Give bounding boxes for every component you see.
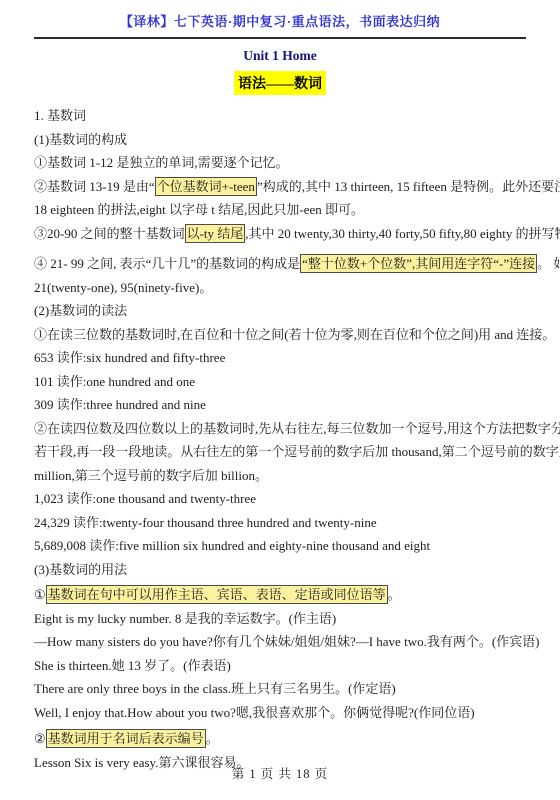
unit-title: Unit 1 Home <box>0 48 560 64</box>
document-line: 5,689,008 读作:five million six hundred an… <box>34 534 526 558</box>
document-line: ①基数词 1-12 是独立的单词,需要逐个记忆。 <box>34 151 526 175</box>
document-body: 1. 基数词(1)基数词的构成①基数词 1-12 是独立的单词,需要逐个记忆。②… <box>0 104 560 774</box>
text-run: —How many sisters do you have?你有几个妹妹/姐姐/… <box>34 634 540 649</box>
text-run: 。 <box>206 731 219 746</box>
document-line: (3)基数词的用法 <box>34 558 526 582</box>
page-number-footer: 第 1 页 共 18 页 <box>0 764 560 782</box>
document-line: Well, I enjoy that.How about you two?嗯,我… <box>34 701 526 725</box>
text-run: 1,023 读作:one thousand and twenty-three <box>34 491 256 506</box>
text-run: ②在读四位数及四位数以上的基数词时,先从右往左,每三位数加一个逗号,用这个方法把… <box>34 421 560 436</box>
highlighted-phrase: 以-ty 结尾 <box>185 224 246 243</box>
document-banner-title: 【译林】七下英语·期中复习·重点语法，书面表达归纳 <box>0 11 560 30</box>
header-divider <box>34 37 526 39</box>
document-line: 18 eighteen 的拼法,eight 以字母 t 结尾,因此只加-een … <box>34 198 526 222</box>
text-run: million,第三个逗号前的数字后加 billion。 <box>34 468 268 483</box>
text-run: There are only three boys in the class.班… <box>34 681 396 696</box>
document-line: There are only three boys in the class.班… <box>34 677 526 701</box>
document-line: She is thirteen.她 13 岁了。(作表语) <box>34 654 526 678</box>
text-run: (2)基数词的读法 <box>34 303 127 318</box>
text-run: ”构成的,其中 13 thirteen, 15 fifteen 是特例。此外还要… <box>257 179 560 194</box>
topic-row: 语法——数词 <box>0 71 560 95</box>
text-run: Well, I enjoy that.How about you two?嗯,我… <box>34 705 475 720</box>
document-line: ②基数词 13-19 是由“个位基数词+-teen”构成的,其中 13 thir… <box>34 175 526 199</box>
text-run: 1. 基数词 <box>34 108 86 123</box>
document-line: 24,329 读作:twenty-four thousand three hun… <box>34 511 526 535</box>
text-run: 21(twenty-one), 95(ninety-five)。 <box>34 280 212 295</box>
text-run: ② <box>34 731 46 746</box>
text-run: ④ 21- 99 之间, 表示“几十几”的基数词的构成是 <box>34 256 300 271</box>
text-run: 653 读作:six hundred and fifty-three <box>34 350 225 365</box>
text-run: ,其中 20 twenty,30 thirty,40 forty,50 fift… <box>245 226 560 241</box>
document-line: 若干段,再一段一段地读。从右往左的第一个逗号前的数字后加 thousand,第二… <box>34 440 526 464</box>
text-run: ①在读三位数的基数词时,在百位和十位之间(若十位为零,则在百位和个位之间)用 a… <box>34 327 555 342</box>
text-run: Eight is my lucky number. 8 是我的幸运数字。(作主语… <box>34 611 336 626</box>
document-line: 21(twenty-one), 95(ninety-five)。 <box>34 276 526 300</box>
text-run: ③20-90 之间的整十基数词 <box>34 226 185 241</box>
text-run: 。 <box>388 587 401 602</box>
text-run: 5,689,008 读作:five million six hundred an… <box>34 538 430 553</box>
text-run: 18 eighteen 的拼法,eight 以字母 t 结尾,因此只加-een … <box>34 202 364 217</box>
document-line: million,第三个逗号前的数字后加 billion。 <box>34 464 526 488</box>
text-run: 101 读作:one hundred and one <box>34 374 195 389</box>
text-run: (3)基数词的用法 <box>34 562 127 577</box>
text-run: 若干段,再一段一段地读。从右往左的第一个逗号前的数字后加 thousand,第二… <box>34 444 560 459</box>
document-line: ④ 21- 99 之间, 表示“几十几”的基数词的构成是“整十位数+个位数”,其… <box>34 252 526 276</box>
grammar-topic-highlight: 语法——数词 <box>234 71 326 95</box>
document-line: ①基数词在句中可以用作主语、宾语、表语、定语或同位语等。 <box>34 583 526 607</box>
document-line: ②基数词用于名词后表示编号。 <box>34 727 526 751</box>
highlighted-phrase: 基数词用于名词后表示编号 <box>46 729 206 748</box>
text-run: ②基数词 13-19 是由“ <box>34 179 155 194</box>
document-line: —How many sisters do you have?你有几个妹妹/姐姐/… <box>34 630 526 654</box>
document-line: ②在读四位数及四位数以上的基数词时,先从右往左,每三位数加一个逗号,用这个方法把… <box>34 417 526 441</box>
text-run: ① <box>34 587 46 602</box>
highlighted-phrase: 基数词在句中可以用作主语、宾语、表语、定语或同位语等 <box>46 585 388 604</box>
document-line: (1)基数词的构成 <box>34 128 526 152</box>
text-run: 24,329 读作:twenty-four thousand three hun… <box>34 515 377 530</box>
text-run: ①基数词 1-12 是独立的单词,需要逐个记忆。 <box>34 155 289 170</box>
document-line: (2)基数词的读法 <box>34 299 526 323</box>
document-line: ①在读三位数的基数词时,在百位和十位之间(若十位为零,则在百位和个位之间)用 a… <box>34 323 526 347</box>
text-run: (1)基数词的构成 <box>34 132 127 147</box>
highlighted-phrase: 个位基数词+-teen <box>155 177 257 196</box>
document-line: 101 读作:one hundred and one <box>34 370 526 394</box>
document-line: 653 读作:six hundred and fifty-three <box>34 346 526 370</box>
document-line: 1,023 读作:one thousand and twenty-three <box>34 487 526 511</box>
document-line: 309 读作:three hundred and nine <box>34 393 526 417</box>
document-line: Eight is my lucky number. 8 是我的幸运数字。(作主语… <box>34 607 526 631</box>
document-line: ③20-90 之间的整十基数词以-ty 结尾,其中 20 twenty,30 t… <box>34 222 526 246</box>
document-line: 1. 基数词 <box>34 104 526 128</box>
text-run: 309 读作:three hundred and nine <box>34 397 206 412</box>
text-run: She is thirteen.她 13 岁了。(作表语) <box>34 658 231 673</box>
text-run: 。 如: <box>537 256 560 271</box>
document-page: 【译林】七下英语·期中复习·重点语法，书面表达归纳 Unit 1 Home 语法… <box>0 11 560 774</box>
highlighted-phrase: “整十位数+个位数”,其间用连字符“-”连接 <box>300 254 537 273</box>
